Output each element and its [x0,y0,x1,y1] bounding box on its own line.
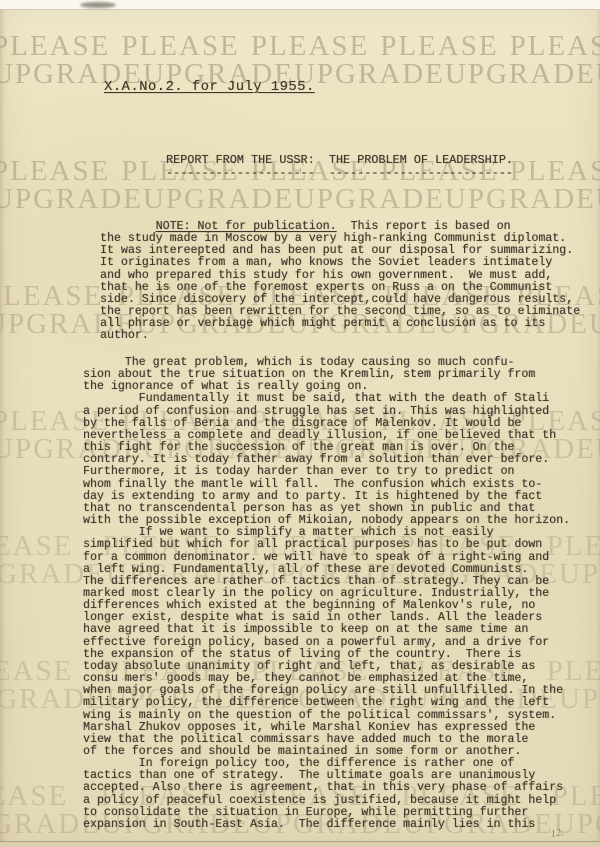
note-block: NOTE: Not for publication. This report i… [100,221,580,343]
text-line: simplified but which for all practical p… [83,539,570,551]
text-line: author. [100,330,580,342]
text-line: Furthermore, it is today harder than eve… [83,466,570,478]
text-line: Fundamentally it must be said, that with… [83,393,570,405]
text-line: and who prepared this study for his own … [100,270,580,282]
page-number: 12. [550,827,564,840]
paragraph: Fundamentally it must be said, that with… [83,393,570,527]
document-content: X.A.No.2. for July 1955. REPORT FROM THE… [0,0,600,847]
text-line: wing is mainly on the question of the po… [83,710,570,722]
text-line: a left wing. Fundamentally, all of these… [83,564,570,576]
text-line: military policy, the difference between … [83,697,570,709]
text-line: whom finally the mantle will fall. The c… [83,479,570,491]
paragraph: In foreign policy too, the difference is… [83,758,570,831]
text-line: expansion in South-East Asia. The differ… [83,819,570,831]
text-line: a policy of peaceful coexistence is just… [83,795,570,807]
ink-smudge [80,2,116,8]
scan-bottom-edge [0,841,600,847]
scanned-document-page: PLEASEPLEASEPLEASEPLEASEPLEASEUPGRADEUPG… [0,0,600,847]
report-title: REPORT FROM THE USSR: THE PROBLEM OF LEA… [166,154,513,179]
reference-line: X.A.No.2. for July 1955. [104,80,315,95]
text-line: It originates from a man, who knows the … [100,257,580,269]
text-line: effective foreign policy, based on a pow… [83,637,570,649]
text-line: accepted. Also there is agreement, that … [83,782,570,794]
text-line: for a common denominator. we will have t… [83,552,570,564]
text-line: all phrase or verbiage which might permi… [100,318,580,330]
title-underline: --------------------- ------------------… [166,167,513,180]
note-lines: the study made in Moscow by a very high-… [100,233,580,342]
text-line: a period of confusion and struggle has s… [83,406,570,418]
paragraph: If we want to simplify a matter which is… [83,527,570,758]
text-line: have agreed that it is impossible to kee… [83,624,570,636]
body-text: The great problem, which is today causin… [83,357,570,831]
report-title-text: REPORT FROM THE USSR: THE PROBLEM OF LEA… [166,154,513,167]
paragraph: The great problem, which is today causin… [83,357,570,393]
